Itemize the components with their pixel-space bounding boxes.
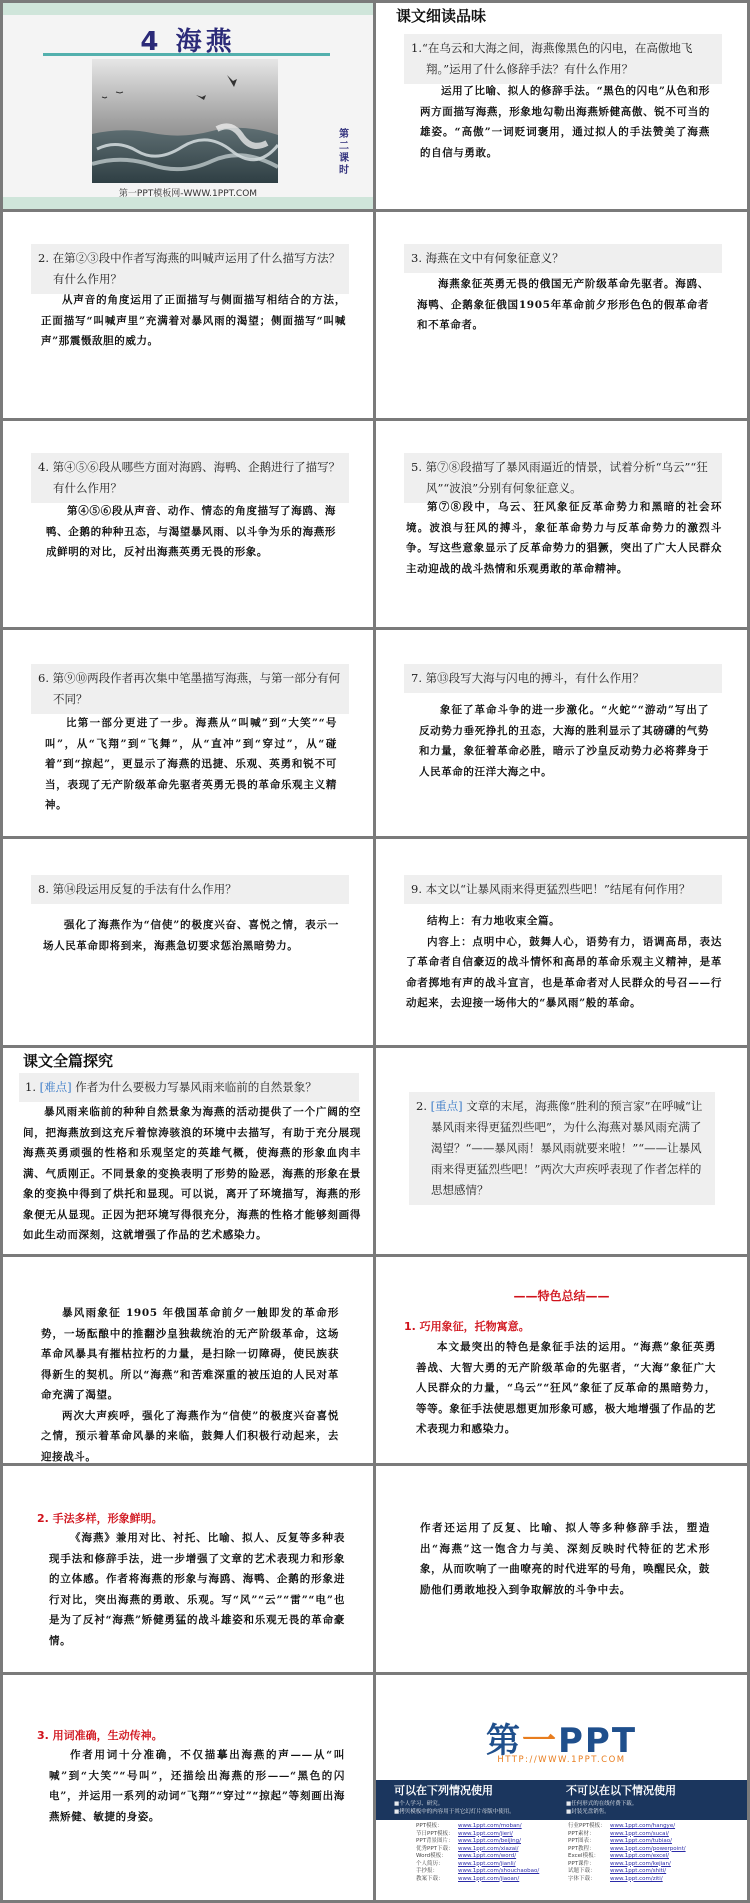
summary-point-1-text: 本文最突出的特色是象征手法的运用。“海燕”象征英勇善战、大智大勇的无产阶级革命的… bbox=[416, 1337, 716, 1440]
summary-point-3-title: 3. 用词准确，生动传神。 bbox=[37, 1727, 163, 1743]
stormy-sea-photo-icon bbox=[92, 59, 278, 183]
whole-answer-2: 暴风雨象征 1905 年俄国革命前夕一触即发的革命形势，一场酝酿中的推翻沙皇独裁… bbox=[41, 1303, 339, 1463]
question-9: 9. 本文以“让暴风雨来得更猛烈些吧！”结尾有何作用？ bbox=[404, 875, 722, 904]
question-4: 4. 第④⑤⑥段从哪些方面对海鸥、海鸭、企鹅进行了描写？有什么作用？ bbox=[31, 453, 349, 503]
slide-question-2[interactable]: 2. 在第②③段中作者写海燕的叫喊声运用了什么描写方法？有什么作用？ 从声音的角… bbox=[3, 212, 373, 418]
summary-point-3-text: 作者用词十分准确，不仅描摹出海燕的声——从“叫喊”到“大笑”“号叫”，还描绘出海… bbox=[49, 1745, 345, 1827]
section-title-whole-text: 课文全篇探究 bbox=[23, 1050, 113, 1071]
link-row[interactable]: Word模板：www.1ppt.com/word/ bbox=[416, 1853, 539, 1861]
cover-title-rule bbox=[43, 53, 330, 56]
link-row[interactable]: PPT背景图片：www.1ppt.com/beijing/ bbox=[416, 1838, 539, 1846]
lesson-marker: 第 二 课 时 bbox=[337, 129, 351, 177]
summary-heading: ——特色总结—— bbox=[376, 1287, 747, 1304]
answer-4: 第④⑤⑥段从声音、动作、情态的角度描写了海鸥、海鸭、企鹅的种种丑态，与渴望暴风雨… bbox=[46, 501, 336, 563]
brand-url[interactable]: HTTP://WWW.1PPT.COM bbox=[376, 1755, 747, 1765]
summary-point-1-title: 1. 巧用象征，托物寓意。 bbox=[404, 1318, 530, 1334]
answer-7: 象征了革命斗争的进一步激化。“火蛇”“游动”写出了反动势力垂死挣扎的丑态，大海的… bbox=[419, 700, 709, 782]
link-row[interactable]: PPT素材：www.1ppt.com/sucai/ bbox=[568, 1831, 686, 1839]
summary-point-2-text: 《海燕》兼用对比、衬托、比喻、拟人、反复等多种表现手法和修辞手法，进一步增强了文… bbox=[49, 1528, 345, 1651]
whole-answer-1: 暴风雨来临前的种种自然景象为海燕的活动提供了一个广阔的空间，把海燕放到这充斥着惊… bbox=[23, 1102, 361, 1246]
link-row[interactable]: 字体下载：www.1ppt.com/ziti/ bbox=[568, 1876, 686, 1884]
answer-5: 第⑦⑧段中，乌云、狂风象征反革命势力和黑暗的社会环境。波浪与狂风的搏斗，象征革命… bbox=[406, 497, 722, 579]
link-row[interactable]: PPT模板：www.1ppt.com/moban/ bbox=[416, 1823, 539, 1831]
answer-9: 结构上：有力地收束全篇。 内容上：点明中心，鼓舞人心，语势有力，语调高昂，表达了… bbox=[406, 911, 722, 1014]
answer-3: 海燕象征英勇无畏的俄国无产阶级革命先驱者。海鸥、海鸭、企鹅象征俄国1905年革命… bbox=[417, 274, 709, 336]
link-row[interactable]: Excel模板：www.1ppt.com/excel/ bbox=[568, 1853, 686, 1861]
slide-question-4[interactable]: 4. 第④⑤⑥段从哪些方面对海鸥、海鸭、企鹅进行了描写？有什么作用？ 第④⑤⑥段… bbox=[3, 421, 373, 627]
link-row[interactable]: 教案下载：www.1ppt.com/jiaoan/ bbox=[416, 1876, 539, 1884]
slide-question-9[interactable]: 9. 本文以“让暴风雨来得更猛烈些吧！”结尾有何作用？ 结构上：有力地收束全篇。… bbox=[376, 839, 747, 1045]
link-row[interactable]: 行业PPT模板：www.1ppt.com/hangye/ bbox=[568, 1823, 686, 1831]
question-2: 2. 在第②③段中作者写海燕的叫喊声运用了什么描写方法？有什么作用？ bbox=[31, 244, 349, 294]
whole-question-1: 1. [难点] 作者为什么要极力写暴风雨来临前的自然景象？ bbox=[19, 1073, 359, 1102]
slide-summary-2[interactable]: 2. 手法多样，形象鲜明。 《海燕》兼用对比、衬托、比喻、拟人、反复等多种表现手… bbox=[3, 1466, 373, 1672]
slide-summary-3[interactable]: 3. 用词准确，生动传神。 作者用词十分准确，不仅描摹出海燕的声——从“叫喊”到… bbox=[3, 1675, 373, 1900]
slide-question-8[interactable]: 8. 第⑭段运用反复的手法有什么作用？ 强化了海燕作为“信使”的极度兴奋、喜悦之… bbox=[3, 839, 373, 1045]
whole-question-2: 2. [重点] 文章的末尾，海燕像“胜利的预言家”在呼喊“让暴风雨来得更猛烈些吧… bbox=[409, 1092, 715, 1205]
allowed-usage: 可以在下列情况使用 ■个人学习、研究。 ■拷贝模板中的内容用于其它幻灯片母版中使… bbox=[394, 1782, 515, 1816]
slide-question-7[interactable]: 7. 第⑬段写大海与闪电的搏斗，有什么作用？ 象征了革命斗争的进一步激化。“火蛇… bbox=[376, 630, 747, 836]
cover-photo bbox=[92, 59, 278, 183]
slide-whole-answer-2[interactable]: 暴风雨象征 1905 年俄国革命前夕一触即发的革命形势，一场酝酿中的推翻沙皇独裁… bbox=[3, 1257, 373, 1463]
slide-summary-1[interactable]: ——特色总结—— 1. 巧用象征，托物寓意。 本文最突出的特色是象征手法的运用。… bbox=[376, 1257, 747, 1463]
question-6: 6. 第⑨⑩两段作者再次集中笔墨描写海燕，与第一部分有何不同？ bbox=[31, 664, 349, 714]
slide-question-6[interactable]: 6. 第⑨⑩两段作者再次集中笔墨描写海燕，与第一部分有何不同？ 比第一部分更进了… bbox=[3, 630, 373, 836]
slide-cover[interactable]: 4 海燕 bbox=[3, 3, 373, 209]
section-title-close-reading: 课文细读品味 bbox=[396, 5, 486, 26]
slide-question-1[interactable]: 课文细读品味 1.“在乌云和大海之间，海燕像黑色的闪电，在高傲地飞翔。”运用了什… bbox=[376, 3, 747, 209]
resource-links-right: 行业PPT模板：www.1ppt.com/hangye/ PPT素材：www.1… bbox=[568, 1823, 686, 1883]
question-3: 3. 海燕在文中有何象征意义？ bbox=[404, 244, 722, 273]
link-row[interactable]: 试题下载：www.1ppt.com/shiti/ bbox=[568, 1868, 686, 1876]
slide-ending-ad[interactable]: 第一PPT HTTP://WWW.1PPT.COM 可以在下列情况使用 ■个人学… bbox=[376, 1675, 747, 1900]
link-row[interactable]: 手抄报：www.1ppt.com/shouchaobao/ bbox=[416, 1868, 539, 1876]
slide-whole-text-1[interactable]: 课文全篇探究 1. [难点] 作者为什么要极力写暴风雨来临前的自然景象？ 暴风雨… bbox=[3, 1048, 373, 1254]
key-point-tag: [重点] bbox=[431, 1099, 463, 1113]
answer-1: 运用了比喻、拟人的修辞手法。“黑色的闪电”从色和形两方面描写海燕，形象地勾勒出海… bbox=[420, 81, 710, 163]
slide-grid: 4 海燕 bbox=[0, 0, 750, 1903]
cover-bottom-band bbox=[3, 197, 373, 209]
forbidden-usage: 不可以在以下情况使用 ■任何形式的在线付费下载。 ■封装光盘销售。 bbox=[566, 1782, 676, 1816]
slide-summary-2-cont[interactable]: 作者还运用了反复、比喻、拟人等多种修辞手法，塑造出“海燕”这一饱含力与美、深刻反… bbox=[376, 1466, 747, 1672]
answer-2: 从声音的角度运用了正面描写与侧面描写相结合的方法，正面描写“叫喊声里”充满着对暴… bbox=[41, 290, 346, 352]
link-row[interactable]: PPT教程：www.1ppt.com/powerpoint/ bbox=[568, 1846, 686, 1854]
slide-whole-text-2[interactable]: 2. [重点] 文章的末尾，海燕像“胜利的预言家”在呼喊“让暴风雨来得更猛烈些吧… bbox=[376, 1048, 747, 1254]
slide-question-3[interactable]: 3. 海燕在文中有何象征意义？ 海燕象征英勇无畏的俄国无产阶级革命先驱者。海鸥、… bbox=[376, 212, 747, 418]
question-7: 7. 第⑬段写大海与闪电的搏斗，有什么作用？ bbox=[404, 664, 722, 693]
answer-6: 比第一部分更进了一步。海燕从“叫喊”到“大笑”“号叫”，从“飞翔”到“飞舞”，从… bbox=[45, 713, 337, 816]
summary-point-2-title: 2. 手法多样，形象鲜明。 bbox=[37, 1510, 163, 1526]
link-row[interactable]: 优秀PPT下载：www.1ppt.com/xiazai/ bbox=[416, 1846, 539, 1854]
summary-point-2-continued: 作者还运用了反复、比喻、拟人等多种修辞手法，塑造出“海燕”这一饱含力与美、深刻反… bbox=[420, 1518, 710, 1600]
link-row[interactable]: 个人简历：www.1ppt.com/jianli/ bbox=[416, 1861, 539, 1869]
difficulty-tag: [难点] bbox=[40, 1080, 72, 1094]
slide-question-5[interactable]: 5. 第⑦⑧段描写了暴风雨逼近的情景，试着分析“乌云”“狂风”“波浪”分别有何象… bbox=[376, 421, 747, 627]
question-8: 8. 第⑭段运用反复的手法有什么作用？ bbox=[31, 875, 349, 904]
resource-links-left: PPT模板：www.1ppt.com/moban/ 节日PPT模板：www.1p… bbox=[416, 1823, 539, 1883]
link-row[interactable]: PPT图表：www.1ppt.com/tubiao/ bbox=[568, 1838, 686, 1846]
link-row[interactable]: PPT课件：www.1ppt.com/kejian/ bbox=[568, 1861, 686, 1869]
answer-8: 强化了海燕作为“信使”的极度兴奋、喜悦之情，表示一场人民革命即将到来，海燕急切要… bbox=[43, 915, 339, 956]
usage-terms-band: 可以在下列情况使用 ■个人学习、研究。 ■拷贝模板中的内容用于其它幻灯片母版中使… bbox=[376, 1780, 747, 1820]
question-1: 1.“在乌云和大海之间，海燕像黑色的闪电，在高傲地飞翔。”运用了什么修辞手法？有… bbox=[404, 34, 722, 84]
cover-top-band bbox=[3, 3, 373, 15]
link-row[interactable]: 节日PPT模板：www.1ppt.com/jieri/ bbox=[416, 1831, 539, 1839]
question-5: 5. 第⑦⑧段描写了暴风雨逼近的情景，试着分析“乌云”“狂风”“波浪”分别有何象… bbox=[404, 453, 722, 503]
